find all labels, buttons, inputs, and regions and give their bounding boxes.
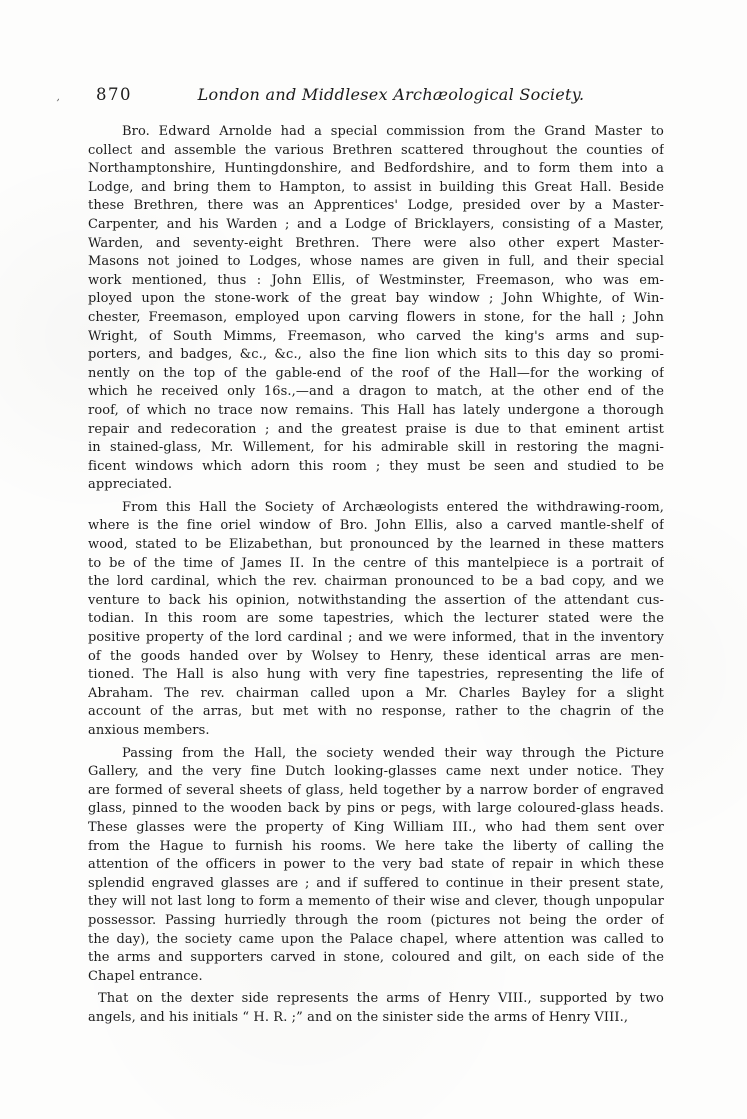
text-block: Bro. Edward Arnolde had a special commis…: [88, 123, 664, 1028]
text-line: to be of the time of James II. In the ce…: [88, 555, 664, 574]
text-line: tioned. The Hall is also hung with very …: [88, 666, 664, 685]
text-line: the day), the society came upon the Pala…: [88, 931, 664, 950]
text-line: Bro. Edward Arnolde had a special commis…: [88, 123, 664, 142]
running-title: London and Middlesex Archæological Socie…: [88, 85, 664, 104]
text-line: are formed of several sheets of glass, h…: [88, 782, 664, 801]
page-header: 870 London and Middlesex Archæological S…: [88, 85, 664, 109]
text-line: the lord cardinal, which the rev. chairm…: [88, 573, 664, 592]
text-line: Abraham. The rev. chairman called upon a…: [88, 685, 664, 704]
text-line: the arms and supporters carved in stone,…: [88, 949, 664, 968]
text-line: Warden, and seventy-eight Brethren. Ther…: [88, 235, 664, 254]
text-line: they will not last long to form a mement…: [88, 893, 664, 912]
text-line: venture to back his opinion, notwithstan…: [88, 592, 664, 611]
text-line: splendid engraved glasses are ; and if s…: [88, 875, 664, 894]
text-line: where is the fine oriel window of Bro. J…: [88, 517, 664, 536]
text-line: which he received only 16s.,—and a drago…: [88, 383, 664, 402]
text-line: From this Hall the Society of Archæologi…: [88, 499, 664, 518]
text-line: porters, and badges, &c., &c., also the …: [88, 346, 664, 365]
text-line: wood, stated to be Elizabethan, but pron…: [88, 536, 664, 555]
text-line: in stained-glass, Mr. Willement, for his…: [88, 439, 664, 458]
text-line: from the Hague to furnish his rooms. We …: [88, 838, 664, 857]
scanned-page: , 870 London and Middlesex Archæological…: [0, 0, 747, 1119]
text-line: of the goods handed over by Wolsey to He…: [88, 648, 664, 667]
text-line: ployed upon the stone-work of the great …: [88, 290, 664, 309]
text-line: nently on the top of the gable-end of th…: [88, 365, 664, 384]
text-line: Passing from the Hall, the society wende…: [88, 745, 664, 764]
paragraph: Bro. Edward Arnolde had a special commis…: [88, 123, 664, 495]
text-line: possessor. Passing hurriedly through the…: [88, 912, 664, 931]
text-line: account of the arras, but met with no re…: [88, 703, 664, 722]
text-line: roof, of which no trace now remains. Thi…: [88, 402, 664, 421]
text-line: repair and redecoration ; and the greate…: [88, 421, 664, 440]
text-line: glass, pinned to the wooden back by pins…: [88, 800, 664, 819]
paragraph: That on the dexter side represents the a…: [88, 990, 664, 1027]
text-line: Wright, of South Mimms, Freemason, who c…: [88, 328, 664, 347]
text-line: That on the dexter side represents the a…: [88, 990, 664, 1009]
text-line: todian. In this room are some tapestries…: [88, 610, 664, 629]
text-line: Carpenter, and his Warden ; and a Lodge …: [88, 216, 664, 235]
scan-artifact: ,: [56, 90, 61, 103]
text-line: appreciated.: [88, 476, 664, 495]
text-line: attention of the officers in power to th…: [88, 856, 664, 875]
text-line: Northamptonshire, Huntingdonshire, and B…: [88, 160, 664, 179]
text-line: Chapel entrance.: [88, 968, 664, 987]
text-line: these Brethren, there was an Apprentices…: [88, 197, 664, 216]
text-line: Masons not joined to Lodges, whose names…: [88, 253, 664, 272]
text-line: Lodge, and bring them to Hampton, to ass…: [88, 179, 664, 198]
text-line: ficent windows which adorn this room ; t…: [88, 458, 664, 477]
text-line: positive property of the lord cardinal ;…: [88, 629, 664, 648]
paragraph: Passing from the Hall, the society wende…: [88, 745, 664, 987]
text-line: These glasses were the property of King …: [88, 819, 664, 838]
text-line: work mentioned, thus : John Ellis, of We…: [88, 272, 664, 291]
paragraph: From this Hall the Society of Archæologi…: [88, 499, 664, 741]
text-line: anxious members.: [88, 722, 664, 741]
text-line: collect and assemble the various Brethre…: [88, 142, 664, 161]
text-line: angels, and his initials “ H. R. ;” and …: [88, 1009, 664, 1028]
text-line: chester, Freemason, employed upon carvin…: [88, 309, 664, 328]
text-line: Gallery, and the very fine Dutch looking…: [88, 763, 664, 782]
